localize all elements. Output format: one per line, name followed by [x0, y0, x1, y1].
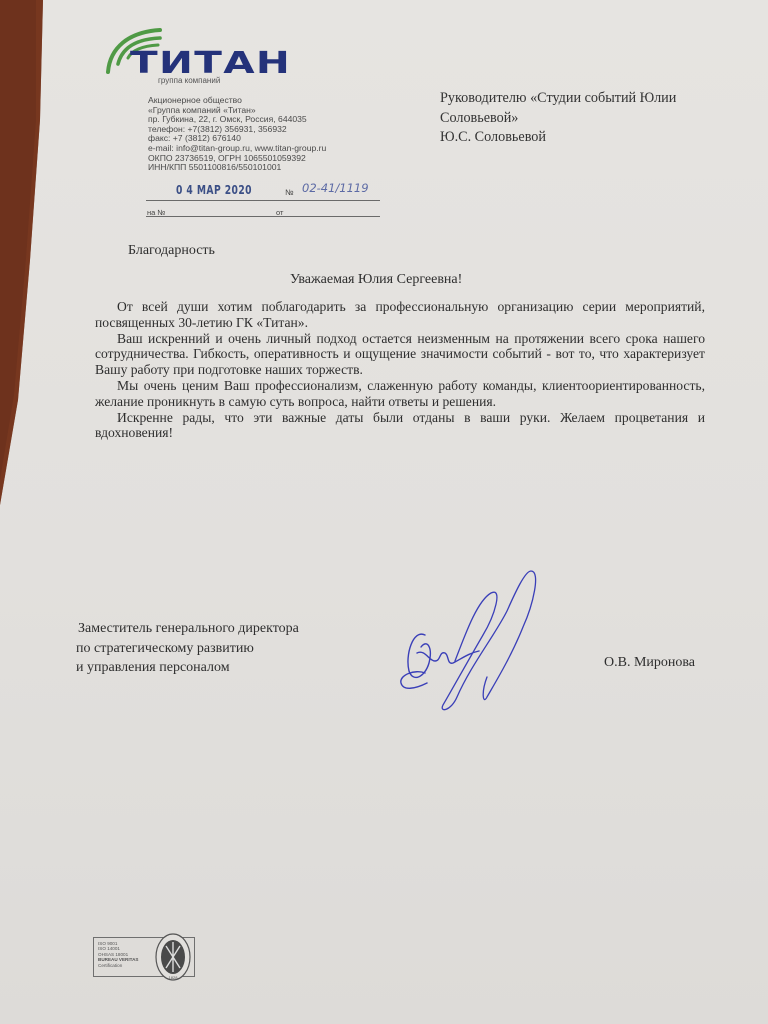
letter-subject: Благодарность	[128, 243, 215, 259]
company-requisites: Акционерное общество «Группа компаний «Т…	[148, 96, 326, 173]
certification-text: ISO 9001 ISO 14001 OHSAS 18001 BUREAU VE…	[98, 941, 139, 968]
signatory-title: Заместитель генерального директора по ст…	[78, 619, 299, 678]
date-stamp: 0 4 МАР 2020	[176, 183, 252, 197]
titan-logo: ТИТАН группа компаний	[104, 26, 294, 90]
svg-text:1828: 1828	[169, 975, 179, 980]
desk-background-edge	[0, 0, 50, 520]
certification-mark: ISO 9001 ISO 14001 OHSAS 18001 BUREAU VE…	[93, 937, 195, 977]
logo-subtitle: группа компаний	[158, 76, 220, 85]
divider	[146, 216, 380, 217]
cert-line: Certification	[98, 963, 139, 968]
bureau-veritas-seal-icon: 1828	[154, 932, 192, 982]
outgoing-number: 02-41/1119	[302, 181, 369, 195]
letter-page	[0, 0, 768, 1024]
paragraph: От всей души хотим поблагодарить за проф…	[95, 299, 705, 331]
title-line: по стратегическому развитию	[76, 639, 299, 659]
paragraph: Мы очень ценим Ваш профессионализм, слаж…	[95, 378, 705, 410]
letter-greeting: Уважаемая Юлия Сергеевна!	[290, 272, 462, 288]
handwritten-signature	[395, 565, 545, 715]
addressee-line: Соловьевой»	[440, 109, 676, 129]
paragraph: Искренне рады, что эти важные даты были …	[95, 410, 705, 442]
divider	[146, 200, 380, 201]
title-line: Заместитель генерального директора	[78, 619, 299, 639]
number-label: №	[285, 188, 294, 197]
cert-line: BUREAU VERITAS	[98, 957, 139, 962]
requisite-line: ИНН/КПП 5501100816/550101001	[148, 163, 326, 173]
addressee-block: Руководителю «Студии событий Юлии Соловь…	[440, 89, 676, 148]
paragraph: Ваш искренний и очень личный подход оста…	[95, 331, 705, 378]
addressee-line: Руководителю «Студии событий Юлии	[440, 89, 676, 109]
title-line: и управления персоналом	[76, 658, 299, 678]
signatory-name: О.В. Миронова	[604, 655, 695, 671]
addressee-line: Ю.С. Соловьевой	[440, 128, 676, 148]
letter-body: От всей души хотим поблагодарить за проф…	[95, 299, 705, 441]
